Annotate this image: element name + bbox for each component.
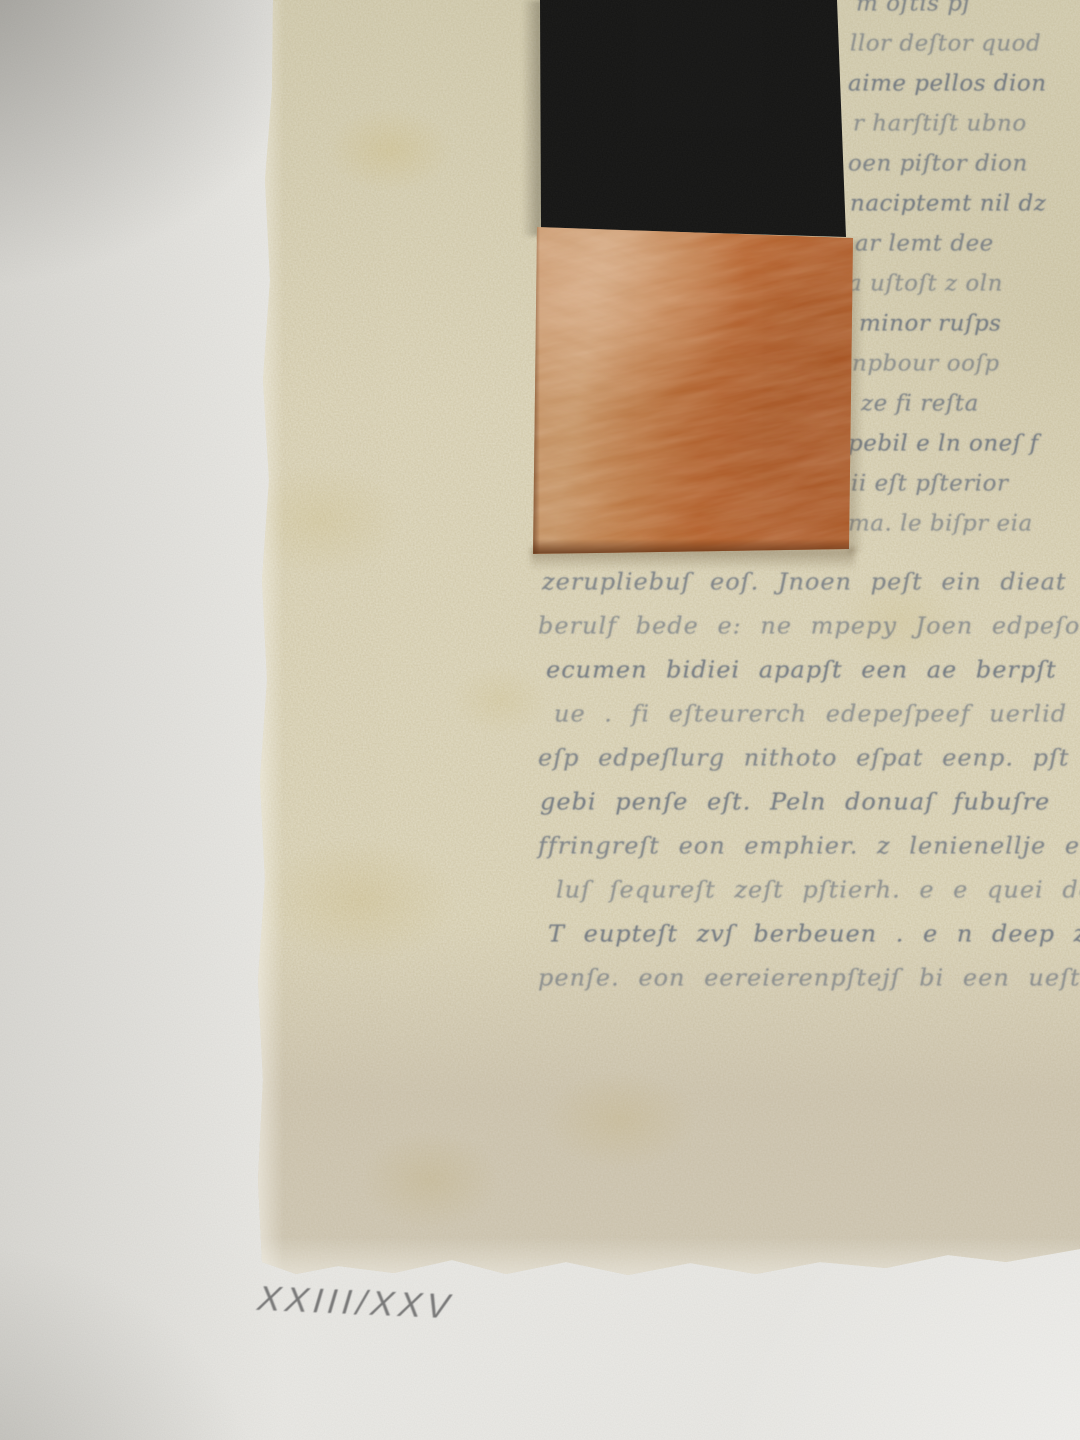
manuscript-line: a uſtoſt z oln [848, 265, 1047, 303]
manuscript-body-text: zerupliebuſ eoſ. Jnoen peſt ein dieat be… [538, 560, 1080, 1000]
manuscript-line: oen piſtor dion [848, 145, 1047, 183]
manuscript-line: ffringreſt eon emphier. z lenienellje e [538, 825, 1080, 867]
manuscript-line: naciptemt nil dz [850, 185, 1047, 223]
manuscript-line: ue . fi eſteurerch edepeſpeef uerlid [554, 693, 1080, 735]
manuscript-line: llor deſtor quod [850, 25, 1047, 63]
manuscript-line: ze fi reſta [861, 385, 1047, 423]
manuscript-line: eſp edpeſlurg nithoto eſpat eenp. pſt [538, 737, 1080, 779]
manuscript-line: pebil e ln oneſ f [848, 425, 1047, 463]
manuscript-line: m oſtis pſ [856, 0, 1047, 23]
manuscript-line: ma. le biſpr eia [848, 505, 1047, 543]
manuscript-line: minor ruſps [859, 305, 1047, 343]
manuscript-line: ii eſt pſterior [851, 465, 1047, 503]
edition-number-text: XXIII/XXV [253, 1280, 460, 1326]
copper-foil-square [533, 227, 853, 554]
manuscript-line: ar lemt dee [855, 225, 1047, 263]
manuscript-line: berulf bede e: ne mpepy Joen edpeſon [538, 605, 1080, 647]
manuscript-line: ecumen bidiei apapſt een ae berpſt [546, 649, 1080, 691]
black-fabric-strip [540, 0, 846, 238]
manuscript-line: npbour ooſp [852, 345, 1047, 383]
black-strip-shadow [522, 0, 542, 236]
manuscript-right-column: m oſtis pſ llor deſtor quod aime pellos … [848, 0, 1047, 544]
foil-scratch-texture [533, 227, 853, 554]
manuscript-line: r harſtiſt ubno [853, 105, 1047, 143]
artwork-photograph: m oſtis pſ llor deſtor quod aime pellos … [0, 0, 1080, 1440]
manuscript-line: penſe. eon eereierenpſtejſ bi een ueſt [538, 957, 1080, 999]
manuscript-line: luſ ſequreſt zeſt pſtierh. e e quei de [556, 869, 1080, 911]
manuscript-line: T eupteſt zvſ berbeuen . e n deep z [548, 913, 1080, 955]
manuscript-line: aime pellos dion [848, 65, 1047, 103]
manuscript-line: gebi penſe eſt. Peln donuaſ fubuſre [540, 781, 1080, 823]
fabric-speckle-texture [540, 0, 846, 238]
